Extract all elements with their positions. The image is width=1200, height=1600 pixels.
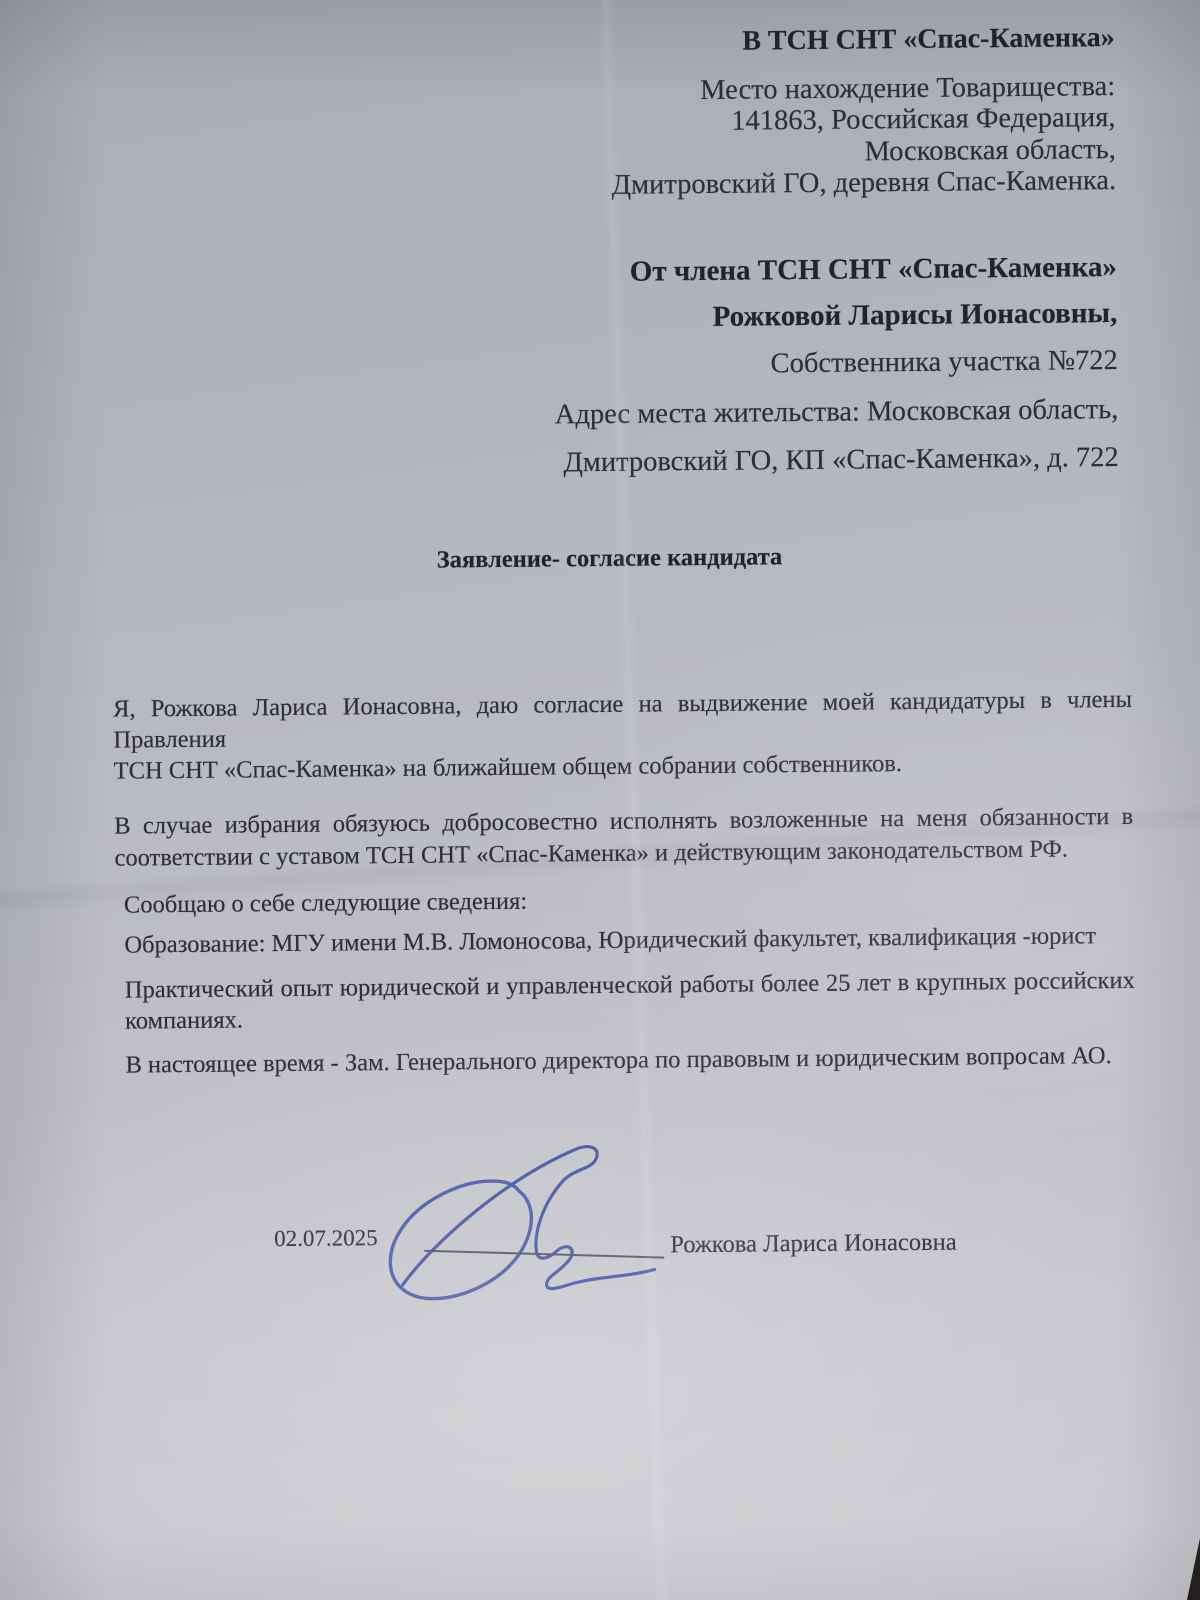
sender-line: Адрес места жительства: Московская облас… — [555, 386, 1119, 440]
paragraph-info-intro: Сообщаю о себе следующие сведения: — [124, 880, 1143, 921]
paragraph-education: Образование: МГУ имени М.В. Ломоносова, … — [124, 920, 1143, 961]
paragraph-consent: Я, Рожкова Лариса Ионасовна, даю согласи… — [113, 684, 1133, 787]
address-line: Место нахождение Товарищества: — [611, 71, 1116, 107]
document-sheet: В ТСН СНТ «Спас-Каменка» Место нахождени… — [0, 0, 1200, 1600]
association-address-block: Место нахождение Товарищества: 141863, Р… — [611, 71, 1117, 201]
document-photo: В ТСН СНТ «Спас-Каменка» Место нахождени… — [0, 0, 1200, 1600]
text-line: Я, Рожкова Лариса Ионасовна, даю согласи… — [113, 684, 1133, 756]
address-line: Московская область, — [611, 134, 1116, 170]
addressee-line: В ТСН СНТ «Спас-Каменка» — [742, 21, 1115, 59]
sender-line: Рожковой Ларисы Ионасовны, — [630, 290, 1118, 341]
sender-line: Собственника участка №722 — [554, 337, 1118, 391]
address-line: 141863, Российская Федерация, — [611, 102, 1116, 138]
paragraph-experience: Практический опыт юридической и управлен… — [125, 965, 1136, 1037]
paragraph-obligation: В случае избрания обязуюсь добросовестно… — [114, 801, 1134, 874]
signature-name: Рожкова Лариса Ионасовна — [670, 1229, 957, 1260]
sender-line: От члена ТСН СНТ «Спас-Каменка» — [630, 244, 1118, 295]
sender-block-bold: От члена ТСН СНТ «Спас-Каменка» Рожковой… — [630, 244, 1118, 341]
sender-line: Дмитровский ГО, КП «Спас-Каменка», д. 72… — [555, 434, 1119, 488]
signature-ink — [303, 1119, 705, 1323]
sender-block: Собственника участка №722 Адрес места жи… — [554, 337, 1119, 488]
paragraph-current-position: В настоящее время - Зам. Генерального ди… — [125, 1040, 1144, 1081]
address-line: Дмитровский ГО, деревня Спас-Каменка. — [611, 165, 1116, 201]
document-title: Заявление- согласие кандидата — [437, 542, 783, 575]
